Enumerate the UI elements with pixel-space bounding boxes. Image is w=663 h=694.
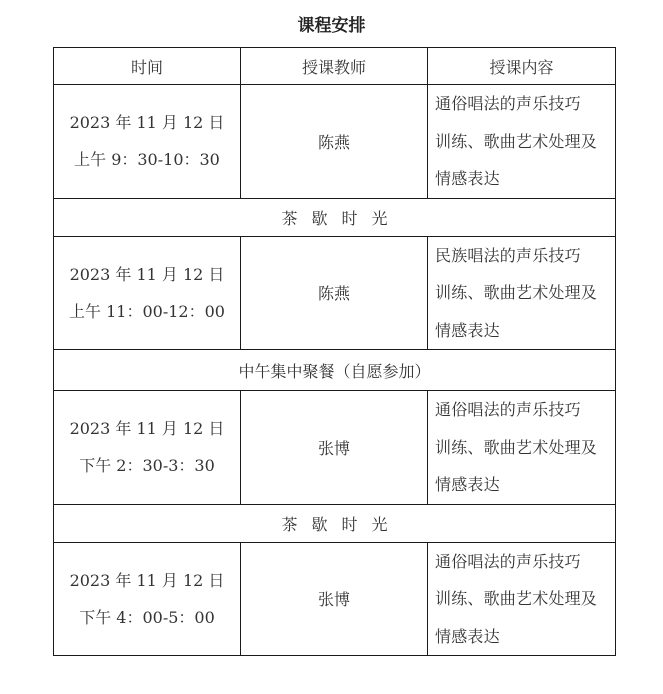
teacher-cell: 陈燕 bbox=[241, 236, 428, 350]
time-cell: 2023 年 11 月 12 日 上午 11：00-12：00 bbox=[54, 236, 241, 350]
content-line: 情感表达 bbox=[435, 466, 611, 504]
table-row: 2023 年 11 月 12 日 上午 11：00-12：00 陈燕 民族唱法的… bbox=[54, 236, 616, 350]
session-time: 下午 2：30-3：30 bbox=[54, 447, 240, 484]
break-cell: 茶歇时光 bbox=[54, 504, 616, 542]
content-line: 训练、歌曲艺术处理及 bbox=[435, 429, 611, 467]
content-line: 通俗唱法的声乐技巧 bbox=[435, 391, 611, 429]
table-header-row: 时间 授课教师 授课内容 bbox=[54, 48, 616, 85]
teacher-cell: 张博 bbox=[241, 542, 428, 656]
session-time: 下午 4：00-5：00 bbox=[54, 599, 240, 636]
table-row: 2023 年 11 月 12 日 下午 2：30-3：30 张博 通俗唱法的声乐… bbox=[54, 391, 616, 505]
content-line: 训练、歌曲艺术处理及 bbox=[435, 123, 611, 161]
session-time: 上午 9：30-10：30 bbox=[54, 141, 240, 178]
content-line: 情感表达 bbox=[435, 618, 611, 656]
teacher-cell: 张博 bbox=[241, 391, 428, 505]
content-line: 民族唱法的声乐技巧 bbox=[435, 237, 611, 275]
time-cell: 2023 年 11 月 12 日 下午 2：30-3：30 bbox=[54, 391, 241, 505]
break-row: 茶歇时光 bbox=[54, 504, 616, 542]
header-content: 授课内容 bbox=[428, 48, 616, 85]
content-line: 训练、歌曲艺术处理及 bbox=[435, 274, 611, 312]
session-time: 上午 11：00-12：00 bbox=[54, 293, 240, 330]
time-cell: 2023 年 11 月 12 日 上午 9：30-10：30 bbox=[54, 85, 241, 199]
table-row: 2023 年 11 月 12 日 上午 9：30-10：30 陈燕 通俗唱法的声… bbox=[54, 85, 616, 199]
lunch-row: 中午集中聚餐（自愿参加） bbox=[54, 350, 616, 391]
schedule-table: 时间 授课教师 授课内容 2023 年 11 月 12 日 上午 9：30-10… bbox=[53, 47, 616, 656]
content-line: 情感表达 bbox=[435, 160, 611, 198]
break-row: 茶歇时光 bbox=[54, 198, 616, 236]
header-teacher: 授课教师 bbox=[241, 48, 428, 85]
content-line: 通俗唱法的声乐技巧 bbox=[435, 543, 611, 581]
content-line: 通俗唱法的声乐技巧 bbox=[435, 85, 611, 123]
document-title: 课程安排 bbox=[0, 14, 663, 38]
break-label: 茶歇时光 bbox=[267, 515, 401, 534]
table-row: 2023 年 11 月 12 日 下午 4：00-5：00 张博 通俗唱法的声乐… bbox=[54, 542, 616, 656]
session-date: 2023 年 11 月 12 日 bbox=[54, 410, 240, 447]
header-time: 时间 bbox=[54, 48, 241, 85]
content-cell: 通俗唱法的声乐技巧 训练、歌曲艺术处理及 情感表达 bbox=[428, 391, 616, 505]
content-cell: 通俗唱法的声乐技巧 训练、歌曲艺术处理及 情感表达 bbox=[428, 542, 616, 656]
break-label: 茶歇时光 bbox=[267, 209, 401, 228]
session-date: 2023 年 11 月 12 日 bbox=[54, 104, 240, 141]
session-date: 2023 年 11 月 12 日 bbox=[54, 256, 240, 293]
break-cell: 茶歇时光 bbox=[54, 198, 616, 236]
teacher-cell: 陈燕 bbox=[241, 85, 428, 199]
lunch-cell: 中午集中聚餐（自愿参加） bbox=[54, 350, 616, 391]
content-cell: 通俗唱法的声乐技巧 训练、歌曲艺术处理及 情感表达 bbox=[428, 85, 616, 199]
session-date: 2023 年 11 月 12 日 bbox=[54, 562, 240, 599]
content-cell: 民族唱法的声乐技巧 训练、歌曲艺术处理及 情感表达 bbox=[428, 236, 616, 350]
content-line: 情感表达 bbox=[435, 312, 611, 350]
content-line: 训练、歌曲艺术处理及 bbox=[435, 580, 611, 618]
time-cell: 2023 年 11 月 12 日 下午 4：00-5：00 bbox=[54, 542, 241, 656]
